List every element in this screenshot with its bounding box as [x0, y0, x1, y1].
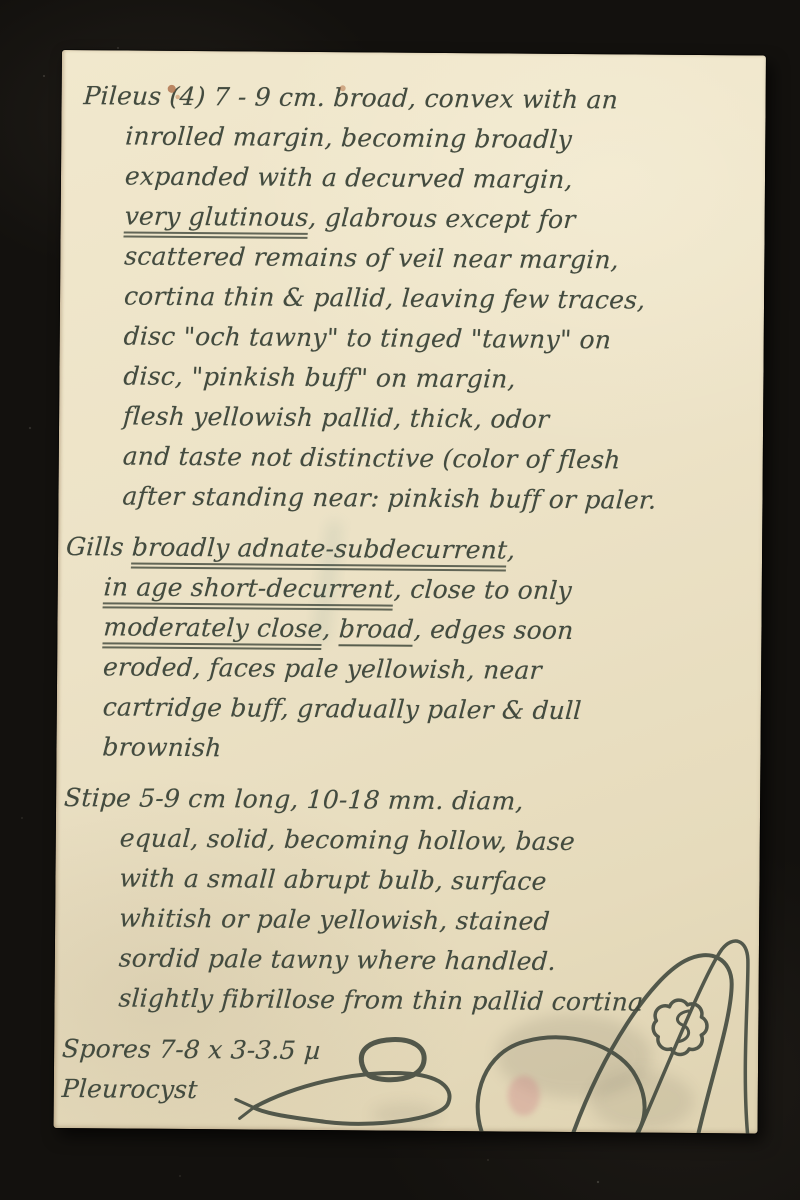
phrase: cartridge buff, gradually paler & dull [102, 692, 582, 725]
phrase: cortina thin & pallid, leaving few trace… [123, 282, 646, 315]
handwritten-text-block: Pileus (4) 7 - 9 cm. broad, convex with … [54, 76, 766, 1114]
phrase: inrolled margin, becoming broadly [124, 122, 572, 154]
index-card: Pileus (4) 7 - 9 cm. broad, convex with … [54, 50, 766, 1133]
phrase: disc, "pinkish buff" on margin, [123, 361, 517, 393]
phrase: Pleurocyst [61, 1074, 198, 1104]
phrase: disc "och tawny" to tinged "tawny" on [123, 322, 612, 355]
phrase: after standing near: pinkish buff or pal… [122, 481, 658, 514]
handwritten-line: whitish or pale yellowish, stained [54, 898, 760, 944]
phrase: brownish [102, 732, 223, 762]
handwritten-line: Spores 7-8 x 3-3.5 µ [53, 1029, 759, 1075]
handwritten-line: flesh yellowish pallid, thick, odor [58, 396, 764, 442]
phrase: expanded with a decurved margin, [124, 162, 573, 195]
phrase: Gills [65, 532, 133, 562]
handwritten-line: scattered remains of veil near margin, [59, 236, 765, 282]
phrase: slightly fibrillose from thin pallid cor… [118, 983, 644, 1016]
phrase: , close to only [393, 575, 573, 605]
handwritten-line: equal, solid, becoming hollow, base [55, 818, 761, 864]
phrase: eroded, faces pale yellowish, near [102, 652, 542, 684]
phrase: Stipe 5-9 cm long, 10-18 mm. diam, [63, 783, 524, 816]
phrase: , [322, 614, 340, 643]
underlined-phrase: moderately close [102, 612, 323, 650]
handwritten-line: in age short-decurrent, close to only [57, 567, 763, 613]
handwritten-line: disc "och tawny" to tinged "tawny" on [59, 316, 765, 362]
handwritten-line: very glutinous, glabrous except for [59, 196, 765, 242]
phrase: flesh yellowish pallid, thick, odor [122, 401, 550, 433]
phrase: Pileus (4) 7 - 9 cm. broad, convex with … [83, 81, 619, 114]
handwritten-line: sordid pale tawny where handled. [54, 938, 760, 984]
handwritten-line: inrolled margin, becoming broadly [60, 116, 766, 162]
underlined-phrase: in age short-decurrent [103, 572, 395, 610]
phrase: , [506, 536, 516, 565]
handwritten-line: brownish [55, 727, 761, 773]
phrase: equal, solid, becoming hollow, base [119, 823, 576, 856]
phrase: and taste not distinctive (color of fles… [122, 441, 621, 474]
handwritten-line: Pileus (4) 7 - 9 cm. broad, convex with … [60, 76, 766, 122]
handwritten-line: Stipe 5-9 cm long, 10-18 mm. diam, [55, 778, 761, 824]
handwritten-line: with a small abrupt bulb, surface [54, 858, 760, 904]
handwritten-line: moderately close, broad, edges soon [56, 607, 762, 653]
underlined-phrase: broad [338, 614, 415, 647]
handwritten-line: expanded with a decurved margin, [60, 156, 766, 202]
handwritten-line: Pleurocyst [53, 1069, 759, 1115]
phrase: , edges soon [413, 615, 574, 645]
handwritten-line: cortina thin & pallid, leaving few trace… [59, 276, 765, 322]
handwritten-line: after standing near: pinkish buff or pal… [57, 476, 763, 522]
underlined-phrase: broadly adnate-subdecurrent [131, 533, 508, 572]
phrase: , glabrous except for [308, 203, 577, 234]
handwritten-line: eroded, faces pale yellowish, near [56, 647, 762, 693]
handwritten-line: Gills broadly adnate-subdecurrent, [57, 527, 763, 573]
phrase: sordid pale tawny where handled. [118, 943, 557, 975]
phrase: with a small abrupt bulb, surface [119, 863, 548, 895]
phrase: whitish or pale yellowish, stained [118, 903, 550, 935]
handwritten-line: disc, "pinkish buff" on margin, [58, 356, 764, 402]
handwritten-line: slightly fibrillose from thin pallid cor… [53, 978, 759, 1024]
handwritten-line: and taste not distinctive (color of fles… [58, 436, 764, 482]
phrase: Spores 7-8 x 3-3.5 µ [61, 1034, 321, 1065]
phrase: scattered remains of veil near margin, [124, 242, 620, 275]
handwritten-line: cartridge buff, gradually paler & dull [56, 687, 762, 733]
underlined-phrase: very glutinous [123, 202, 309, 239]
